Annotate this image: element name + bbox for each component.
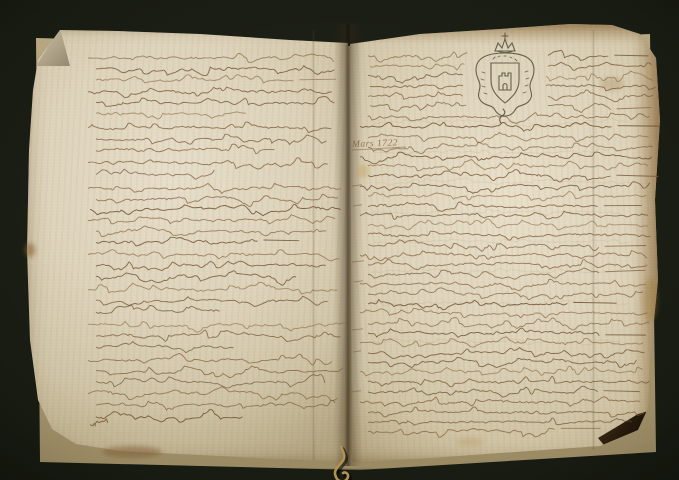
handwriting-line [88,122,331,133]
handwriting-line [360,397,640,407]
handwriting-line [96,112,246,119]
handwriting-line [360,251,647,261]
handwriting-line [368,328,646,337]
handwriting-line [96,66,334,76]
stain [357,164,369,178]
handwriting-line [88,321,345,332]
handwriting-line [368,428,601,437]
margin-mark [353,351,361,352]
handwriting-line [96,410,243,423]
signature-flourish [90,419,108,426]
handwriting-line [548,90,653,102]
handwriting-line [368,357,636,367]
handwriting-line [96,97,334,107]
handwriting-line [360,366,643,376]
margin-marks-group [351,185,364,392]
handwriting-line [96,169,214,179]
handwriting-line [96,374,325,388]
margin-mark [352,261,364,262]
handwriting-line [368,219,648,230]
handwriting-line [368,92,463,100]
margin-mark [352,329,363,330]
stamp-coat-of-arms [476,33,534,123]
handwriting-line [548,62,651,70]
handwriting-line [360,122,660,131]
handwriting-line [548,50,648,60]
handwriting-line [96,226,326,237]
handwriting-line [368,386,640,397]
manuscript-photo: Mars 1722 [0,0,679,480]
handwriting-line [90,204,341,215]
handwriting-line [88,183,341,193]
handwriting-line [368,260,647,270]
handwriting-line [368,231,650,240]
bleedthrough-handwriting [372,118,631,345]
handwriting-layer: Mars 1722 [0,0,679,480]
handwriting-line [360,308,647,317]
handwriting-line [368,407,644,417]
handwriting-line [368,132,649,142]
handwriting-line [96,261,326,271]
margin-mark [352,185,362,186]
handwriting-line [360,152,652,164]
handwriting-line [88,215,335,224]
left-page-handwriting [88,54,345,426]
margin-mark [354,281,363,282]
handwriting-line [368,348,644,359]
handwriting-line [368,268,645,279]
handwriting-line [96,75,336,83]
handwriting-line [368,288,643,300]
handwriting-line [96,194,338,206]
stain [456,437,484,447]
handwriting-line [96,305,219,314]
margin-mark [353,205,362,206]
stains-group [25,77,658,458]
handwriting-line [370,85,463,89]
handwriting-line [96,330,340,341]
stamp-tower [499,73,511,90]
handwriting-line [88,353,332,364]
handwriting-line [88,158,328,169]
handwriting-line [88,282,337,294]
handwriting-line [548,103,651,112]
handwriting-line [96,237,299,246]
stain [25,243,35,257]
handwriting-line [88,54,334,63]
stain [102,446,162,458]
handwriting-line [96,271,296,285]
handwriting-line [96,134,326,144]
handwriting-line [368,72,463,83]
right-page-handwriting [360,50,660,437]
bleedthrough-line [372,209,621,215]
handwriting-line [368,192,646,201]
handwriting-line [368,160,648,171]
bleedthrough-line [372,148,620,155]
handwriting-line [368,202,642,211]
handwriting-line [368,318,649,330]
margin-mark [351,391,361,392]
handwriting-line [368,142,653,154]
handwriting-line [96,144,275,153]
handwriting-line [368,170,658,182]
handwriting-line [368,418,632,425]
handwriting-line [96,400,335,410]
handwriting-line [546,71,653,81]
handwriting-line [370,64,464,70]
handwriting-line [368,52,467,62]
handwriting-line [88,387,337,401]
stamp-crown-icon [495,39,515,53]
handwriting-line [88,87,332,97]
handwriting-line [360,337,643,347]
handwriting-line [360,182,650,194]
handwriting-line [370,102,466,111]
handwriting-line [96,366,343,378]
handwriting-line [96,342,234,353]
handwriting-line [88,250,339,261]
handwriting-line [368,376,649,386]
handwriting-line [360,279,646,290]
